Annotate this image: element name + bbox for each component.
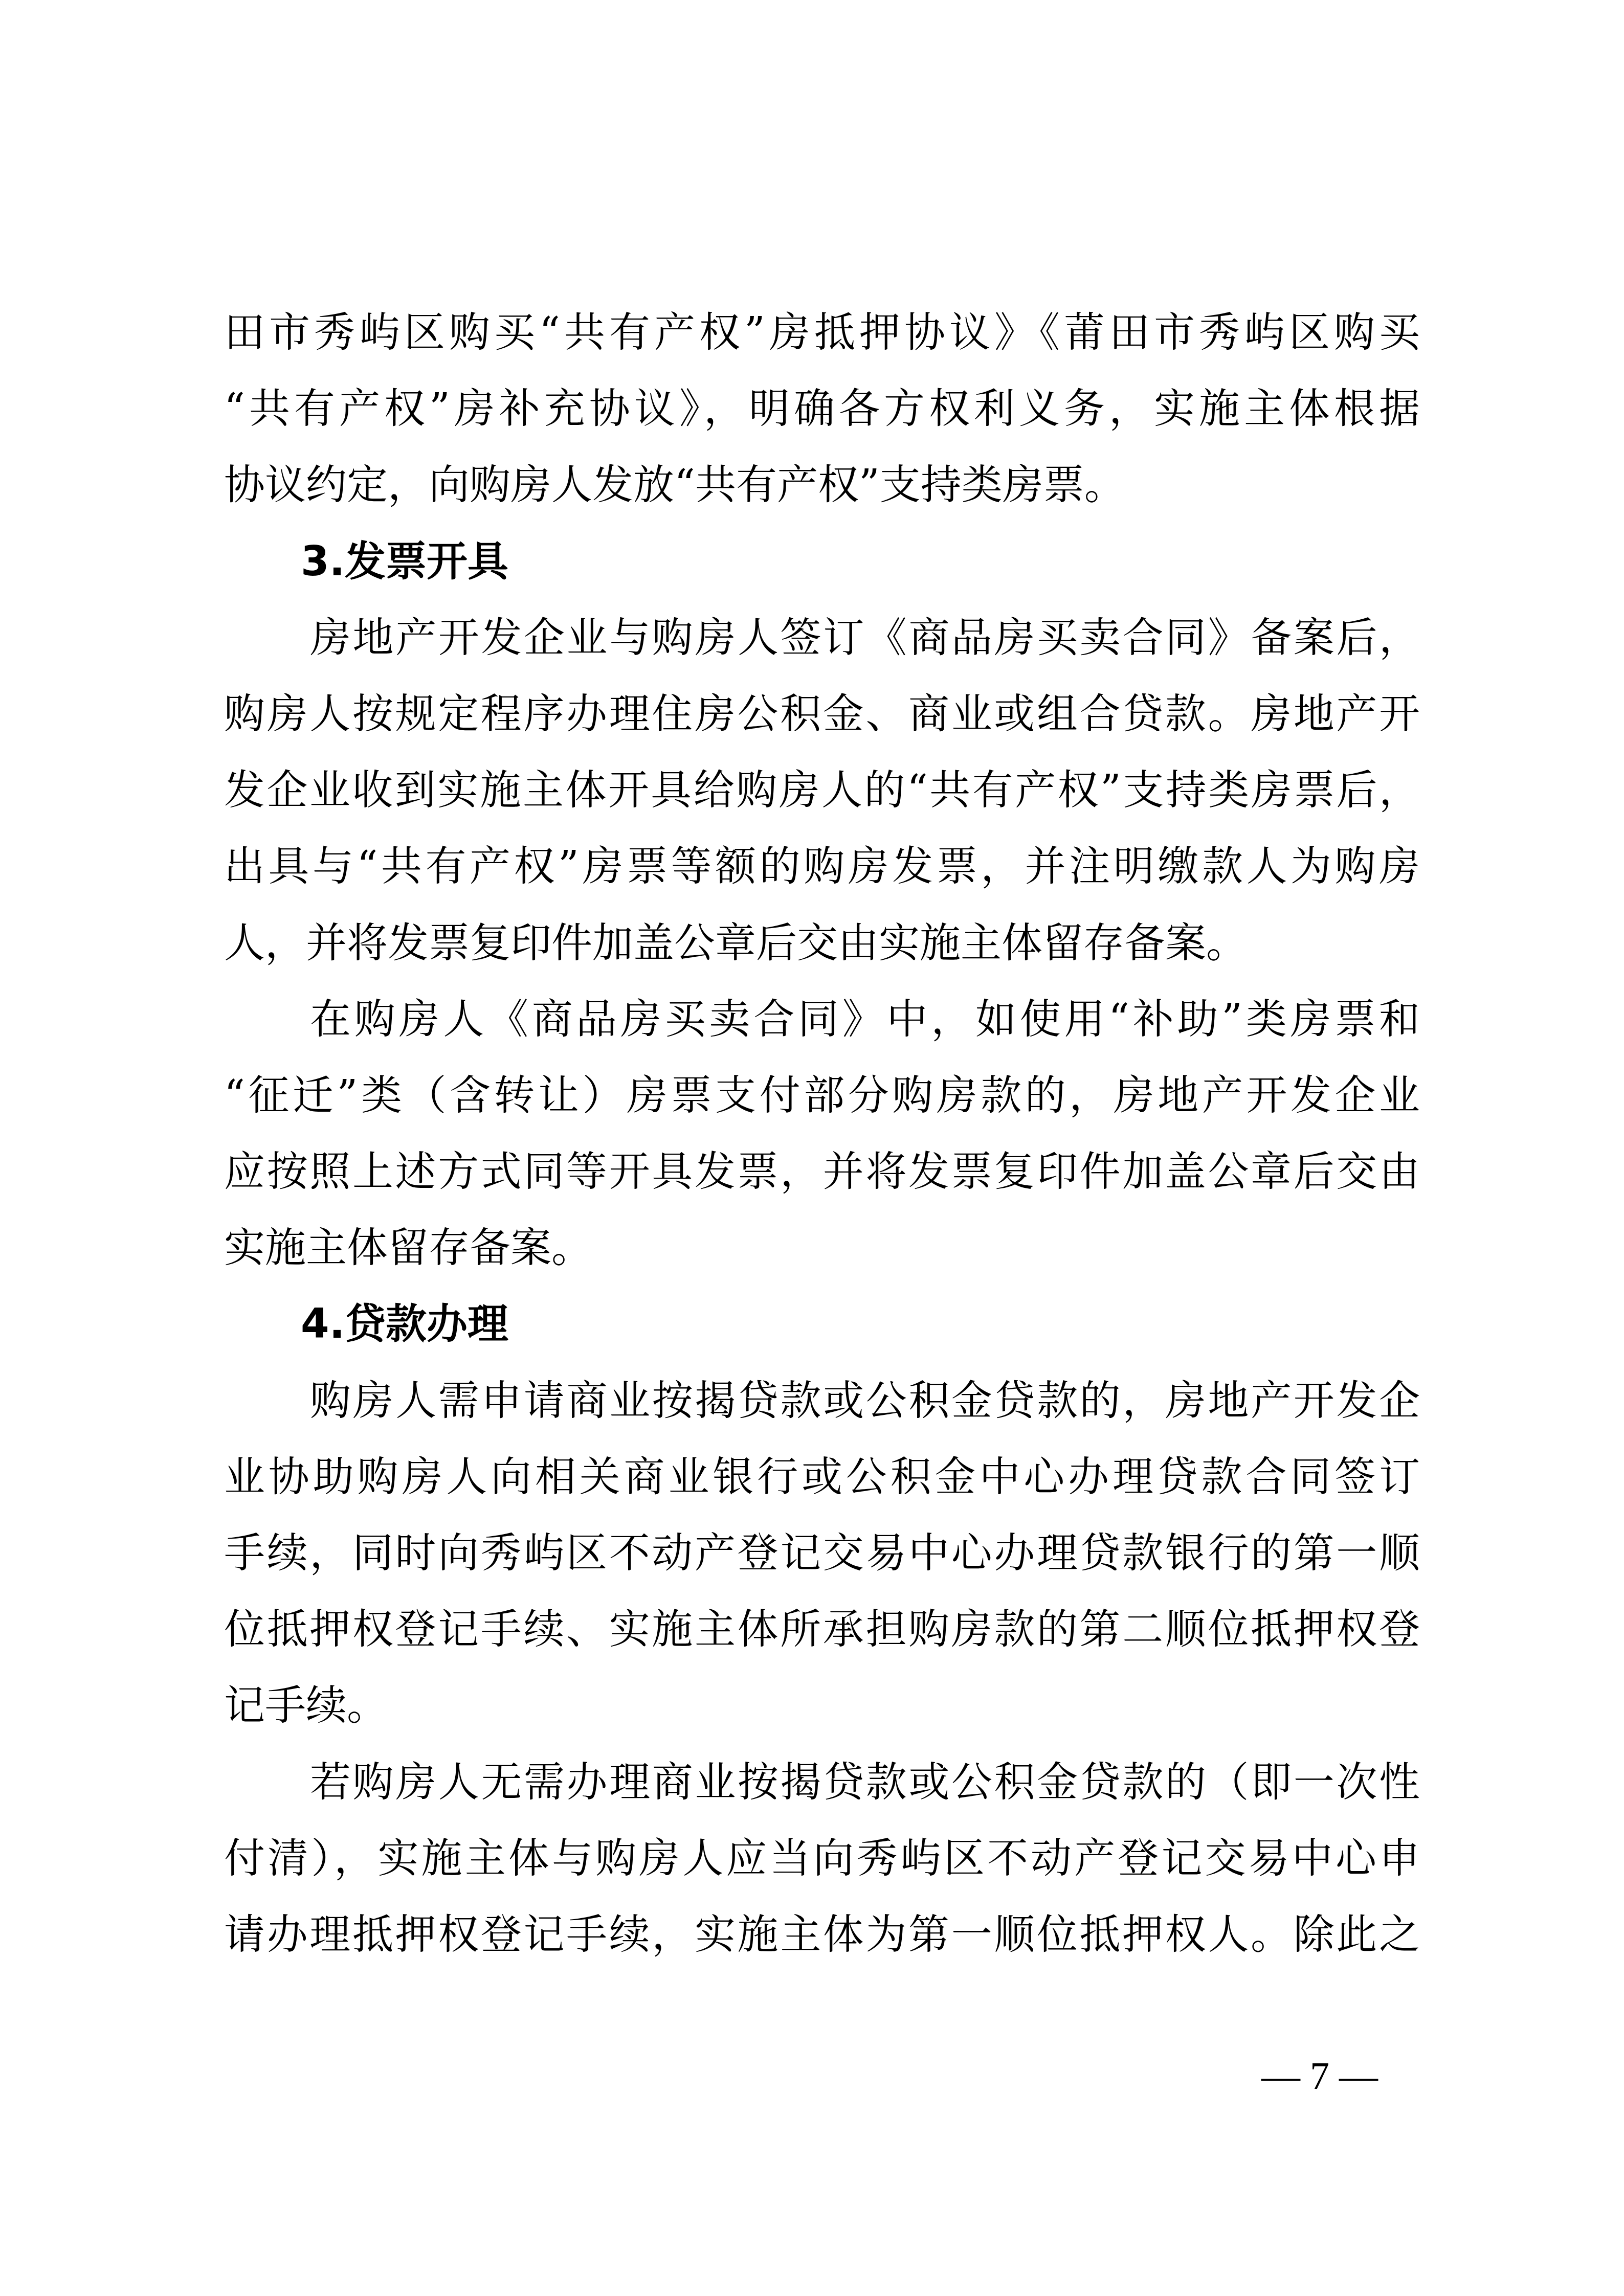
- body-line: 请办理抵押权登记手续，实施主体为第一顺位抵押权人。除此之: [224, 1896, 1420, 1972]
- paragraph-start-line: 在购房人《商品房买卖合同》中，如使用“补助”类房票和: [224, 981, 1420, 1057]
- document-page: 田市秀屿区购买“共有产权”房抵押协议》《莆田市秀屿区购买 “共有产权”房补充协议…: [0, 0, 1624, 2296]
- section-heading-loan: 4.贷款办理: [224, 1286, 1420, 1362]
- body-line: 出具与“共有产权”房票等额的购房发票，并注明缴款人为购房: [224, 828, 1420, 904]
- body-line: 实施主体留存备案。: [224, 1209, 1420, 1286]
- document-body: 田市秀屿区购买“共有产权”房抵押协议》《莆田市秀屿区购买 “共有产权”房补充协议…: [224, 294, 1420, 1972]
- body-line: 应按照上述方式同等开具发票，并将发票复印件加盖公章后交由: [224, 1133, 1420, 1209]
- body-line: “共有产权”房补充协议》，明确各方权利义务，实施主体根据: [224, 370, 1420, 446]
- body-line: 协议约定，向购房人发放“共有产权”支持类房票。: [224, 446, 1420, 523]
- body-line: 发企业收到实施主体开具给购房人的“共有产权”支持类房票后，: [224, 752, 1420, 828]
- body-line: 田市秀屿区购买“共有产权”房抵押协议》《莆田市秀屿区购买: [224, 294, 1420, 370]
- paragraph-start-line: 购房人需申请商业按揭贷款或公积金贷款的，房地产开发企: [224, 1362, 1420, 1438]
- paragraph-start-line: 房地产开发企业与购房人签订《商品房买卖合同》备案后，: [224, 599, 1420, 676]
- section-heading-invoice: 3.发票开具: [224, 523, 1420, 599]
- body-line: 人，并将发票复印件加盖公章后交由实施主体留存备案。: [224, 905, 1420, 981]
- body-line: 记手续。: [224, 1667, 1420, 1743]
- page-number: — 7 —: [1238, 2051, 1401, 2102]
- paragraph-start-line: 若购房人无需办理商业按揭贷款或公积金贷款的（即一次性: [224, 1744, 1420, 1820]
- body-line: 付清），实施主体与购房人应当向秀屿区不动产登记交易中心申: [224, 1820, 1420, 1896]
- body-line: “征迁”类（含转让）房票支付部分购房款的，房地产开发企业: [224, 1057, 1420, 1133]
- body-line: 购房人按规定程序办理住房公积金、商业或组合贷款。房地产开: [224, 676, 1420, 752]
- body-line: 手续，同时向秀屿区不动产登记交易中心办理贷款银行的第一顺: [224, 1515, 1420, 1591]
- body-line: 位抵押权登记手续、实施主体所承担购房款的第二顺位抵押权登: [224, 1591, 1420, 1667]
- body-line: 业协助购房人向相关商业银行或公积金中心办理贷款合同签订: [224, 1438, 1420, 1515]
